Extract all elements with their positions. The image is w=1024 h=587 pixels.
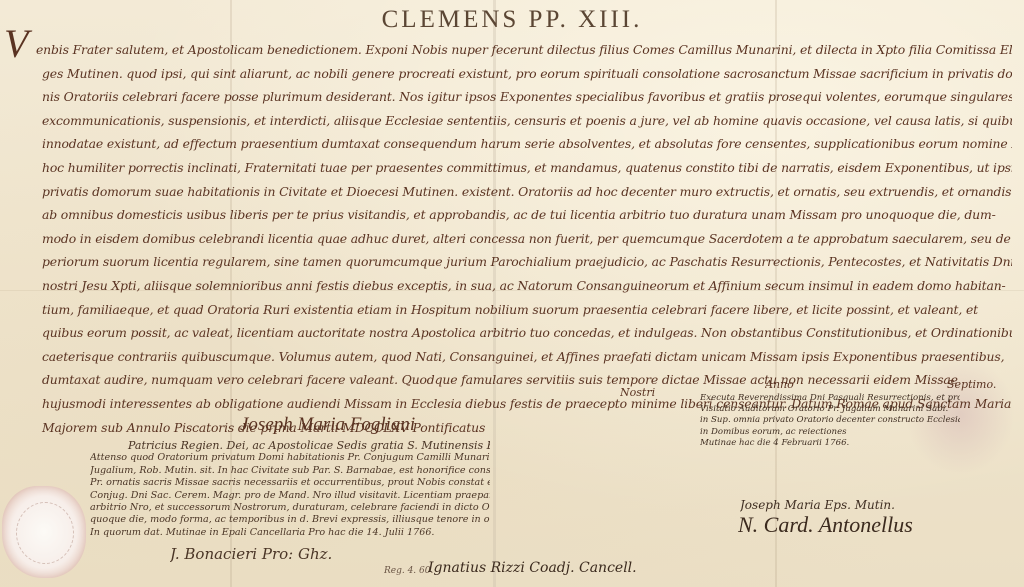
decree-line: Pr. ornatis sacris Missae sacris necessa… — [90, 477, 490, 489]
visitation-note: Executa Reverendissima Dni Pasquali Resu… — [700, 393, 960, 449]
nostri-label: Nostri — [620, 386, 655, 399]
episcopal-decree: Patricius Regien. Dei, ac Apostolicae Se… — [90, 440, 490, 539]
body-line: modo in eisdem domibus celebrandi licent… — [22, 227, 1012, 251]
decree-line: Patricius Regien. Dei, ac Apostolicae Se… — [90, 440, 490, 452]
decree-line: Attenso quod Oratorium privatum Domi hab… — [90, 452, 490, 464]
body-line: dumtaxat audire, numquam vero celebrari … — [22, 368, 1012, 392]
body-line: ges Mutinen. quod ipsi, qui sint aliarun… — [22, 62, 1012, 86]
body-line: caeterisque contrariis quibuscumque. Vol… — [22, 345, 1012, 369]
decree-line: Jugalium, Rob. Mutin. sit. In hac Civita… — [90, 465, 490, 477]
visa-line: Executa Reverendissima Dni Pasquali Resu… — [700, 393, 960, 404]
body-line: enbis Frater salutem, et Apostolicam ben… — [22, 38, 1012, 62]
brief-body: enbis Frater salutem, et Apostolicam ben… — [22, 38, 1012, 439]
anno-label: Anno — [765, 378, 794, 391]
visa-line: Mutinae hac die 4 Februarii 1766. — [700, 438, 960, 449]
decree-line: arbitrio Nro, et successorum Nostrorum, … — [90, 502, 490, 514]
bishop-signature: Joseph Maria Eps. Mutin. — [740, 498, 895, 512]
body-line: innodatae existunt, ad effectum praesent… — [22, 132, 1012, 156]
visa-line: in Sup. omnia privato Oratorio decenter … — [700, 415, 960, 426]
document-title: CLEMENS PP. XIII. — [0, 6, 1024, 34]
body-line: nostri Jesu Xpti, aliisque solemnioribus… — [22, 274, 1012, 298]
chancery-signature: J. Bonacieri Pro: Ghz. — [170, 545, 332, 563]
cardinal-signature: N. Card. Antonellus — [738, 512, 913, 538]
body-line: excommunicationis, suspensionis, et inte… — [22, 109, 1012, 133]
body-line: hoc humiliter porrectis inclinati, Frate… — [22, 156, 1012, 180]
visa-line: in Domibus eorum, ac reiectiones — [700, 427, 960, 438]
decree-line: quoque die, modo forma, ac temporibus in… — [90, 514, 490, 526]
body-line: ab omnibus domesticis usibus liberis per… — [22, 203, 1012, 227]
manuscript-page: CLEMENS PP. XIII. V enbis Frater salutem… — [0, 0, 1024, 587]
visa-line: Visitatio Auditorum Oratorio Pr. Jugaliu… — [700, 404, 960, 415]
septimo-label: Septimo. — [947, 378, 996, 391]
seal-emblem-icon — [16, 502, 74, 564]
body-line: quibus eorum possit, ac valeat, licentia… — [22, 321, 1012, 345]
body-line: privatis domorum suae habitationis in Ci… — [22, 180, 1012, 204]
body-line: periorum suorum licentia regularem, sine… — [22, 250, 1012, 274]
body-line: nis Oratoriis celebrari facere posse plu… — [22, 85, 1012, 109]
decree-line: Conjug. Dni Sac. Cerem. Magr. pro de Man… — [90, 490, 490, 502]
chancellor-signature: Ignatius Rizzi Coadj. Cancell. — [428, 560, 637, 576]
decree-line: In quorum dat. Mutinae in Epali Cancella… — [90, 527, 490, 539]
embossed-seal — [2, 486, 86, 578]
registration-mark: Reg. 4. 60. — [384, 566, 433, 576]
secretary-signature: Joseph Maria Fogliani — [240, 414, 415, 436]
body-line: tium, familiaeque, et quad Oratoria Ruri… — [22, 298, 1012, 322]
